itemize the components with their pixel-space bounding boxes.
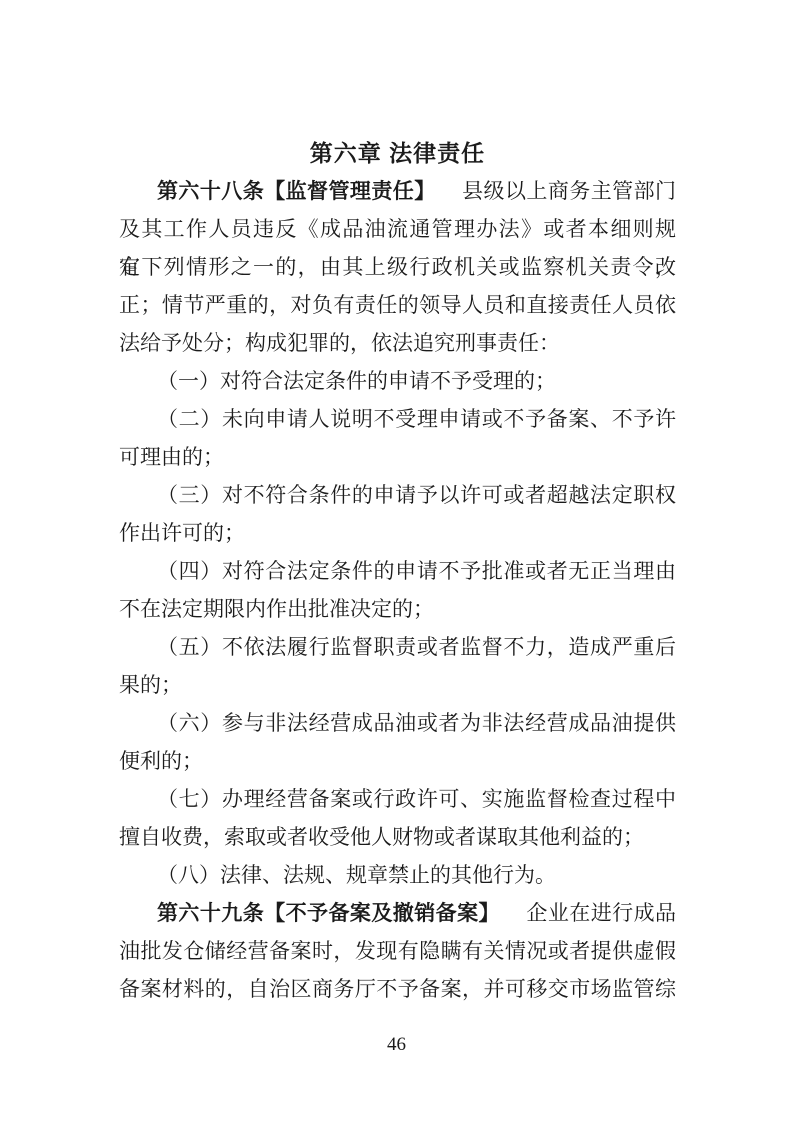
text-line: 擅自收费，索取或者收受他人财物或者谋取其他利益的； [119,818,676,856]
line-text: 擅自收费，索取或者收受他人财物或者谋取其他利益的； [119,825,644,849]
line-text: 便利的； [119,749,203,773]
article-heading: 第六十九条【不予备案及撤销备案】 [157,901,500,925]
text-line: （七）办理经营备案或行政许可、实施监督检查过程中 [119,780,676,818]
line-text: （四）对符合法定条件的申请不予批准或者无正当理由 [157,559,676,583]
text-line: 法给予处分；构成犯罪的，依法追究刑事责任： [119,324,676,362]
paragraph-item-4: （四）对符合法定条件的申请不予批准或者无正当理由不在法定期限内作出批准决定的； [119,552,676,628]
chapter-title: 第六章 法律责任 [119,136,676,170]
line-text: 有下列情形之一的，由其上级行政机关或监察机关责令改 [119,255,676,279]
document-page: 第六章 法律责任 第六十八条【监督管理责任】县级以上商务主管部门及其工作人员违反… [0,0,793,1122]
line-text: （六）参与非法经营成品油或者为非法经营成品油提供 [157,711,676,735]
line-text: 不在法定期限内作出批准决定的； [119,597,434,621]
line-text: （三）对不符合条件的申请予以许可或者超越法定职权 [157,483,676,507]
text-line: 正；情节严重的，对负有责任的领导人员和直接责任人员依 [119,286,676,324]
text-line: （三）对不符合条件的申请予以许可或者超越法定职权 [119,476,676,514]
paragraph-item-6: （六）参与非法经营成品油或者为非法经营成品油提供便利的； [119,704,676,780]
text-line: （六）参与非法经营成品油或者为非法经营成品油提供 [119,704,676,742]
line-text: （七）办理经营备案或行政许可、实施监督检查过程中 [157,787,676,811]
line-text: 县级以上商务主管部门 [462,179,676,203]
text-line: （一）对符合法定条件的申请不予受理的； [119,362,676,400]
text-line: 果的； [119,666,676,704]
text-line: 及其工作人员违反《成品油流通管理办法》或者本细则规定， [119,210,676,248]
line-text: 油批发仓储经营备案时，发现有隐瞒有关情况或者提供虚假 [119,939,676,963]
line-text: （一）对符合法定条件的申请不予受理的； [157,369,556,393]
line-text: 备案材料的，自治区商务厅不予备案，并可移交市场监管综 [119,977,676,1001]
article-heading: 第六十八条【监督管理责任】 [157,179,436,203]
text-line: （八）法律、法规、规章禁止的其他行为。 [119,856,676,894]
paragraph-item-7: （七）办理经营备案或行政许可、实施监督检查过程中擅自收费，索取或者收受他人财物或… [119,780,676,856]
line-text: （五）不依法履行监督职责或者监督不力，造成严重后 [157,635,676,659]
text-line: （四）对符合法定条件的申请不予批准或者无正当理由 [119,552,676,590]
line-text: 法给予处分；构成犯罪的，依法追究刑事责任： [119,331,560,355]
line-text: 果的； [119,673,182,697]
paragraph-item-8: （八）法律、法规、规章禁止的其他行为。 [119,856,676,894]
text-line: 油批发仓储经营备案时，发现有隐瞒有关情况或者提供虚假 [119,932,676,970]
paragraph-article-68: 第六十八条【监督管理责任】县级以上商务主管部门及其工作人员违反《成品油流通管理办… [119,172,676,362]
page-number: 46 [0,1032,793,1058]
text-line: 第六十八条【监督管理责任】县级以上商务主管部门 [119,172,676,210]
line-text: 正；情节严重的，对负有责任的领导人员和直接责任人员依 [119,293,676,317]
paragraph-item-5: （五）不依法履行监督职责或者监督不力，造成严重后果的； [119,628,676,704]
text-line: 第六十九条【不予备案及撤销备案】企业在进行成品 [119,894,676,932]
paragraph-item-1: （一）对符合法定条件的申请不予受理的； [119,362,676,400]
document-body: 第六十八条【监督管理责任】县级以上商务主管部门及其工作人员违反《成品油流通管理办… [119,172,676,1008]
text-line: 备案材料的，自治区商务厅不予备案，并可移交市场监管综 [119,970,676,1008]
paragraph-item-2: （二）未向申请人说明不受理申请或不予备案、不予许可理由的； [119,400,676,476]
text-line: 不在法定期限内作出批准决定的； [119,590,676,628]
text-line: 有下列情形之一的，由其上级行政机关或监察机关责令改 [119,248,676,286]
paragraph-item-3: （三）对不符合条件的申请予以许可或者超越法定职权作出许可的； [119,476,676,552]
paragraph-article-69: 第六十九条【不予备案及撤销备案】企业在进行成品油批发仓储经营备案时，发现有隐瞒有… [119,894,676,1008]
text-line: （五）不依法履行监督职责或者监督不力，造成严重后 [119,628,676,666]
text-line: （二）未向申请人说明不受理申请或不予备案、不予许 [119,400,676,438]
line-text: 企业在进行成品 [526,901,676,925]
text-line: 作出许可的； [119,514,676,552]
line-text: 可理由的； [119,445,224,469]
line-text: 作出许可的； [119,521,245,545]
line-text: （二）未向申请人说明不受理申请或不予备案、不予许 [157,407,676,431]
text-line: 可理由的； [119,438,676,476]
line-text: （八）法律、法规、规章禁止的其他行为。 [157,863,556,887]
text-line: 便利的； [119,742,676,780]
